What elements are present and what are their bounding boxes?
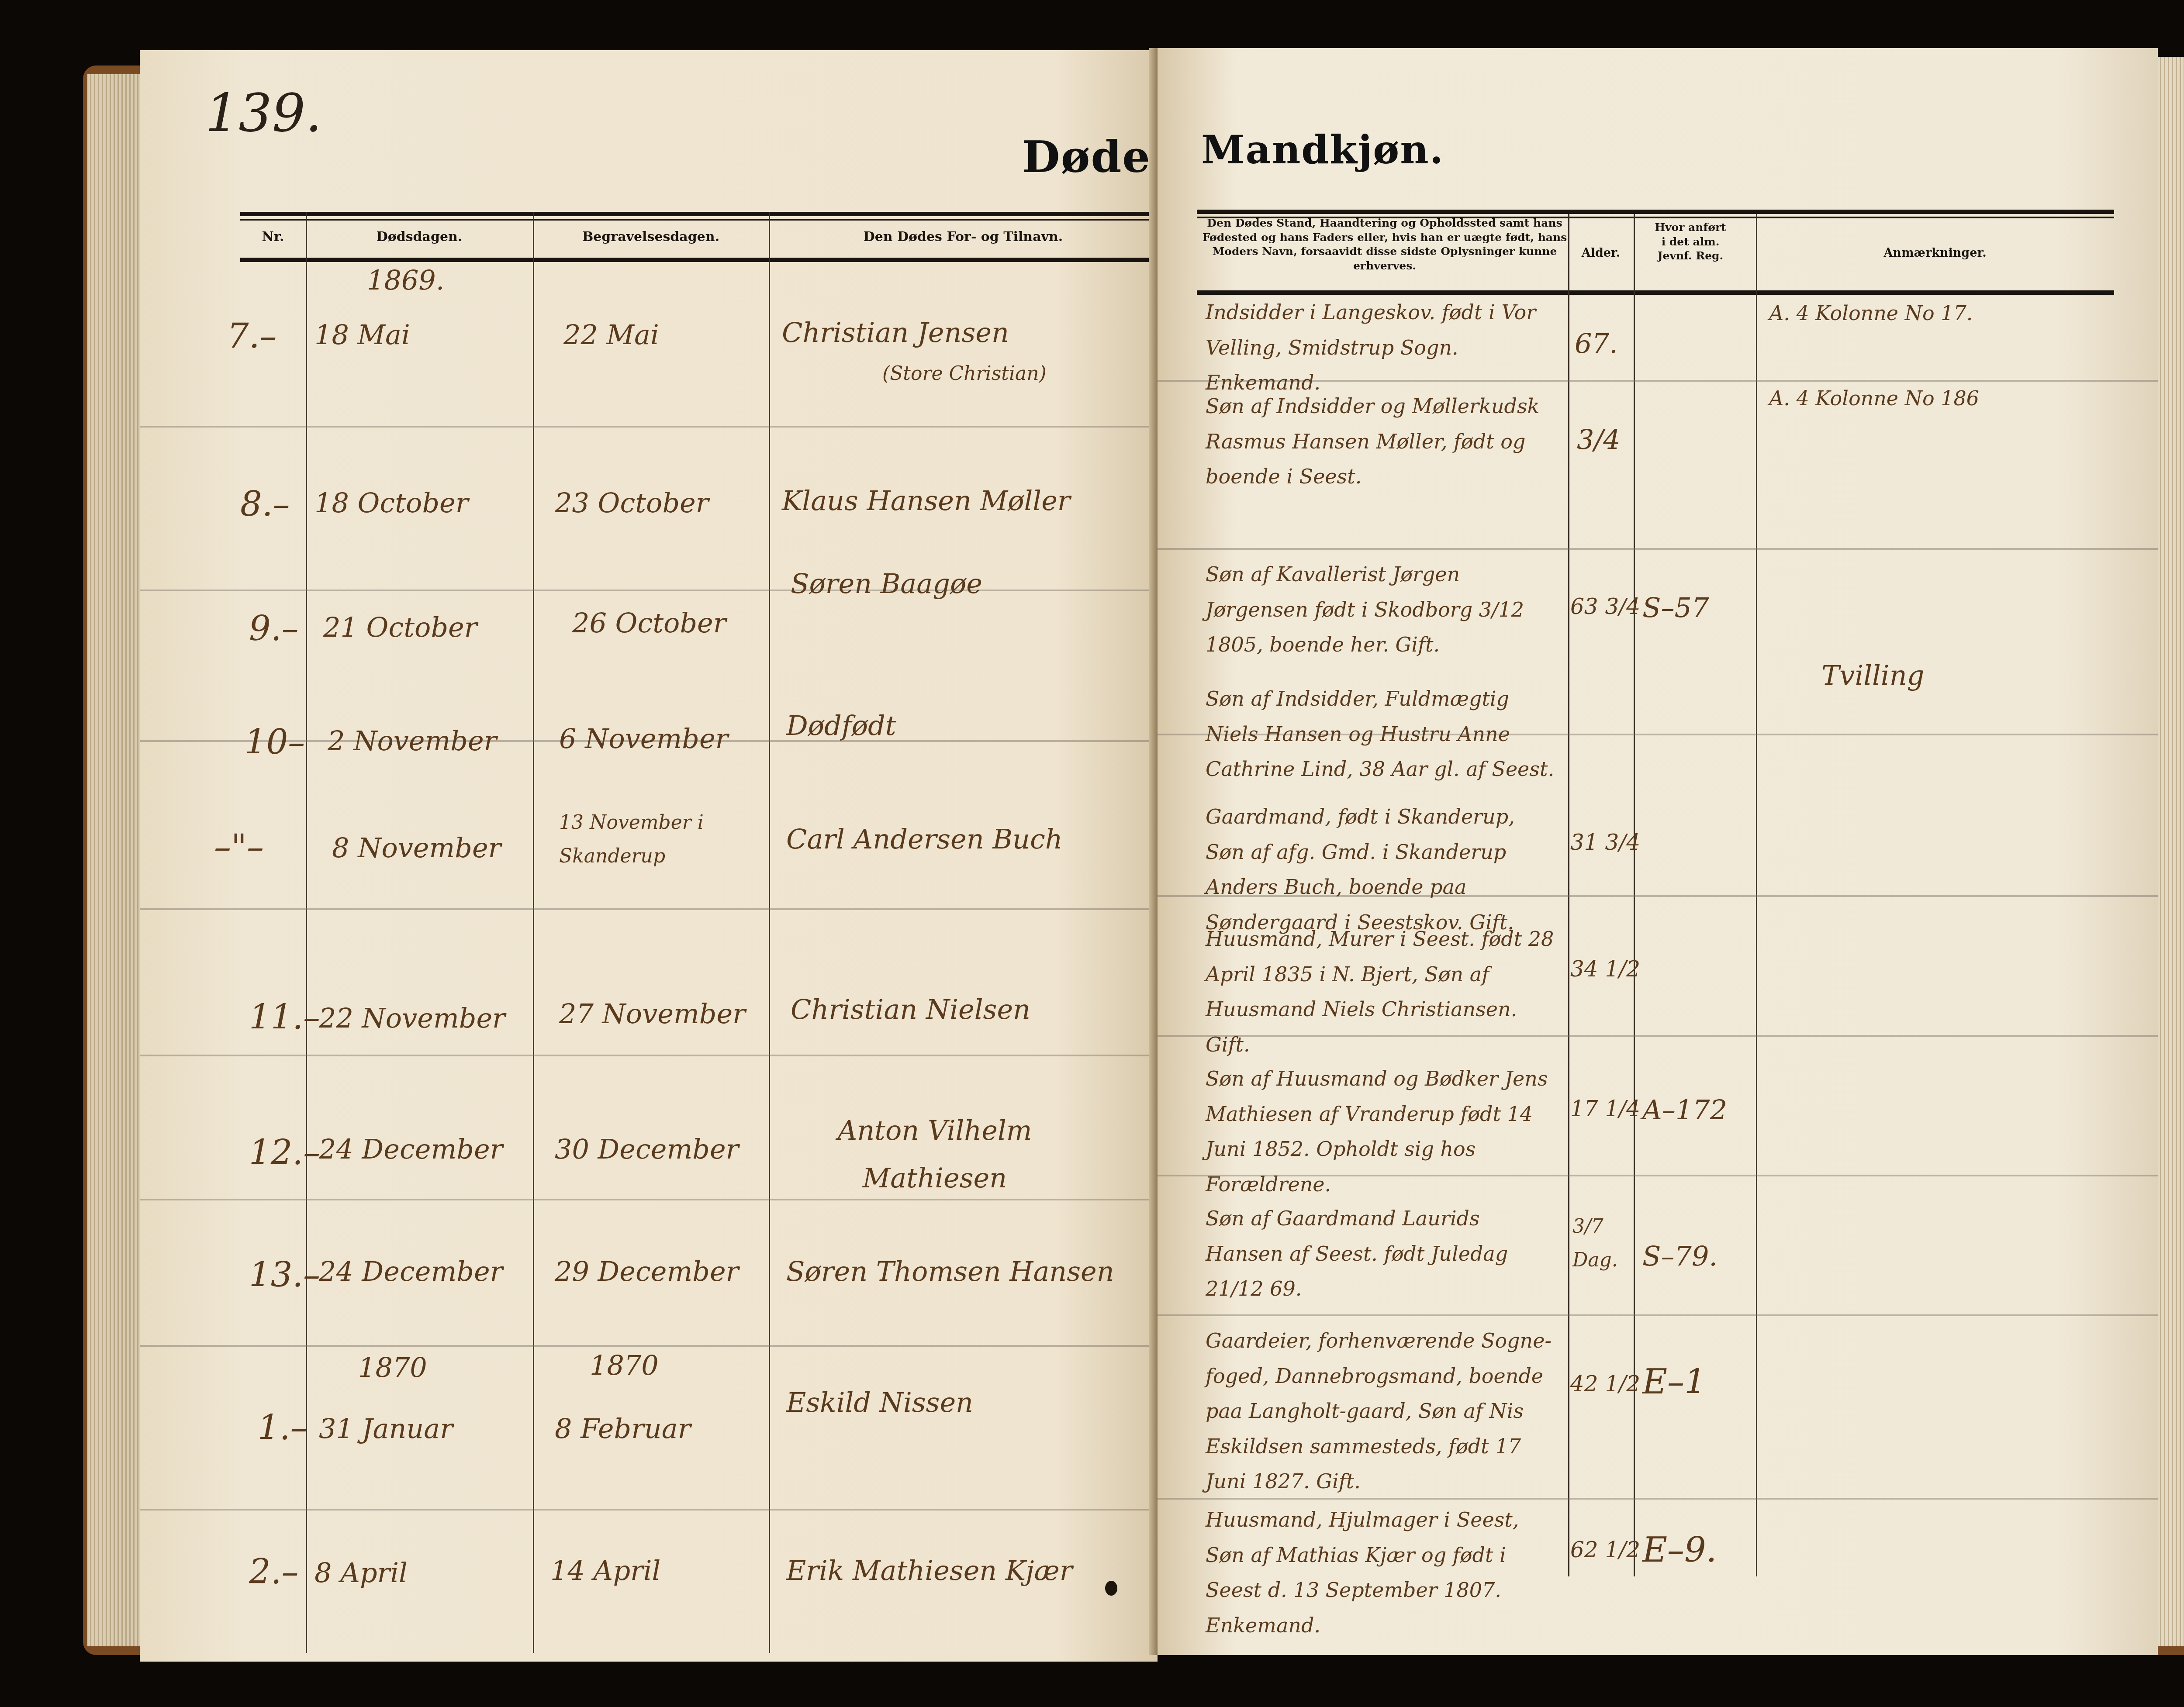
- entry-status: Gaardeier, forhenværende Sogne-foged, Da…: [1206, 1323, 1555, 1499]
- entry-nr: 7.–: [227, 317, 276, 356]
- entry-death-date: 31 Januar: [319, 1413, 453, 1445]
- entry-status: Huusmand, Murer i Seest. født 28 April 1…: [1206, 921, 1555, 1062]
- entry-name: Christian Nielsen: [791, 993, 1030, 1025]
- left-page: 139. Døde Nr. Dødsdagen. Begravelsesdage…: [140, 50, 1158, 1662]
- entry-death-date: 2 November: [328, 725, 497, 757]
- entry-status: Søn af Huusmand og Bødker Jens Mathiesen…: [1206, 1061, 1555, 1202]
- header-status: Den Dødes Stand, Haandtering og Opholdss…: [1201, 216, 1568, 273]
- entry-nr: 2.–: [249, 1552, 298, 1592]
- entry-death-date: 18 October: [314, 487, 468, 519]
- right-page: Mandkjøn. Den Dødes Stand, Haandtering o…: [1158, 48, 2158, 1655]
- entry-death-date: 8 April: [314, 1557, 408, 1589]
- entry-age: 63 3/4: [1570, 594, 1640, 619]
- header-bottom-rule: [240, 258, 1158, 262]
- header-nr: Nr.: [240, 218, 306, 255]
- row-rule: [140, 1345, 1158, 1347]
- entry-nr: 13.–: [249, 1255, 320, 1295]
- entry-status: Søn af Kavallerist Jørgen Jørgensen født…: [1206, 557, 1555, 662]
- entry-age: 3/7 Dag.: [1572, 1210, 1625, 1277]
- entry-death-date: 24 December: [319, 1255, 503, 1287]
- year-1869: 1869.: [367, 264, 445, 296]
- col-divider: [769, 212, 770, 1653]
- entry-name-note: (Store Christian): [882, 362, 1047, 385]
- entry-death-date: 21 October: [323, 611, 477, 643]
- row-rule: [140, 426, 1158, 428]
- entry-status: Huusmand, Hjulmager i Seest, Søn af Math…: [1206, 1502, 1555, 1643]
- entry-burial-date: 13 November i Skanderup: [559, 806, 743, 873]
- entry-status: Søn af Indsidder og Møllerkudsk Rasmus H…: [1206, 389, 1555, 494]
- entry-name: Christian Jensen: [782, 317, 1009, 348]
- entry-name: Eskild Nissen: [786, 1386, 973, 1418]
- entry-burial-date: 23 October: [555, 487, 708, 519]
- header-burial-date: Begravelsesdagen.: [533, 218, 769, 255]
- year-1870-death: 1870: [358, 1352, 427, 1383]
- entry-nr: 12.–: [249, 1133, 320, 1172]
- entry-age: 31 3/4: [1570, 830, 1640, 855]
- row-rule: [140, 1055, 1158, 1056]
- entry-burial-date: 26 October: [572, 607, 726, 639]
- header-age: Alder.: [1568, 216, 1634, 290]
- page-edges-left: [87, 74, 140, 1646]
- entry-remarks: Tvilling: [1821, 659, 1924, 691]
- entry-register: A–172: [1642, 1094, 1727, 1126]
- entry-nr: 9.–: [249, 609, 298, 648]
- entry-burial-date: 27 November: [559, 998, 746, 1030]
- entry-death-date: 18 Mai: [314, 319, 410, 351]
- header-death-date: Dødsdagen.: [306, 218, 533, 255]
- row-rule: [140, 590, 1158, 591]
- entry-burial-date: 6 November: [559, 723, 728, 755]
- year-1870-burial: 1870: [590, 1349, 659, 1381]
- entry-nr: 11.–: [249, 998, 320, 1037]
- entry-nr: 1.–: [258, 1408, 307, 1448]
- col-divider: [533, 212, 534, 1653]
- entry-name: Erik Mathiesen Kjær: [786, 1555, 1072, 1586]
- entry-burial-date: 8 Februar: [555, 1413, 691, 1445]
- header-name: Den Dødes For- og Tilnavn.: [769, 218, 1158, 255]
- entry-death-date: 24 December: [319, 1133, 503, 1165]
- entry-remarks: A. 4 Kolonne No 17.: [1769, 301, 1973, 325]
- entry-status: Gaardmand, født i Skanderup, Søn af afg.…: [1206, 799, 1555, 940]
- entry-status: Søn af Gaardmand Laurids Hansen af Seest…: [1206, 1201, 1555, 1307]
- entry-nr: –"–: [214, 828, 264, 867]
- entry-name: Søren Baagøe: [791, 568, 982, 600]
- entry-name: Søren Thomsen Hansen: [786, 1255, 1114, 1287]
- right-page-title: Mandkjøn.: [1201, 127, 1444, 173]
- entry-name: Dødfødt: [786, 710, 896, 741]
- page-edges-right: [2153, 57, 2184, 1646]
- row-rule: [140, 1509, 1158, 1510]
- entry-status: Indsidder i Langeskov. født i Vor Vellin…: [1206, 295, 1555, 400]
- entry-name: Anton Vilhelm Mathiesen: [804, 1107, 1066, 1202]
- entry-register: E–9.: [1642, 1531, 1717, 1570]
- entry-burial-date: 29 December: [555, 1255, 739, 1287]
- entry-burial-date: 30 December: [555, 1133, 739, 1165]
- entry-nr: 8.–: [240, 485, 290, 524]
- page-damage-hole: [1105, 1581, 1117, 1596]
- header-register: Hvor anført i det alm. Jevnf. Reg.: [1634, 221, 1747, 263]
- row-rule: [1158, 548, 2158, 550]
- entry-name: Klaus Hansen Møller: [782, 485, 1070, 517]
- header-bottom-rule: [1197, 290, 2114, 295]
- left-page-title: Døde: [1022, 131, 1151, 183]
- entry-register: E–1: [1642, 1362, 1706, 1402]
- entry-name: Carl Andersen Buch: [786, 823, 1063, 855]
- entry-status: Søn af Indsidder, Fuldmægtig Niels Hanse…: [1206, 681, 1555, 787]
- entry-nr: 10–: [245, 723, 305, 762]
- entry-burial-date: 14 April: [550, 1555, 660, 1586]
- row-rule: [1158, 1314, 2158, 1316]
- entry-age: 3/4: [1577, 424, 1621, 455]
- entry-death-date: 8 November: [332, 832, 501, 864]
- entry-burial-date: 22 Mai: [563, 319, 659, 351]
- header-remarks: Anmærkninger.: [1756, 216, 2114, 290]
- entry-age: 62 1/2: [1570, 1537, 1640, 1562]
- entry-age: 34 1/2: [1570, 956, 1640, 982]
- page-number: 139.: [205, 83, 322, 144]
- entry-age: 42 1/2: [1570, 1371, 1640, 1397]
- entry-remarks: A. 4 Kolonne No 186: [1769, 386, 1979, 410]
- row-rule: [140, 908, 1158, 910]
- entry-age: 67.: [1575, 328, 1618, 359]
- entry-death-date: 22 November: [319, 1002, 505, 1034]
- entry-register: S–79.: [1642, 1240, 1717, 1272]
- entry-age: 17 1/4: [1570, 1096, 1640, 1121]
- entry-register: S–57: [1642, 592, 1709, 624]
